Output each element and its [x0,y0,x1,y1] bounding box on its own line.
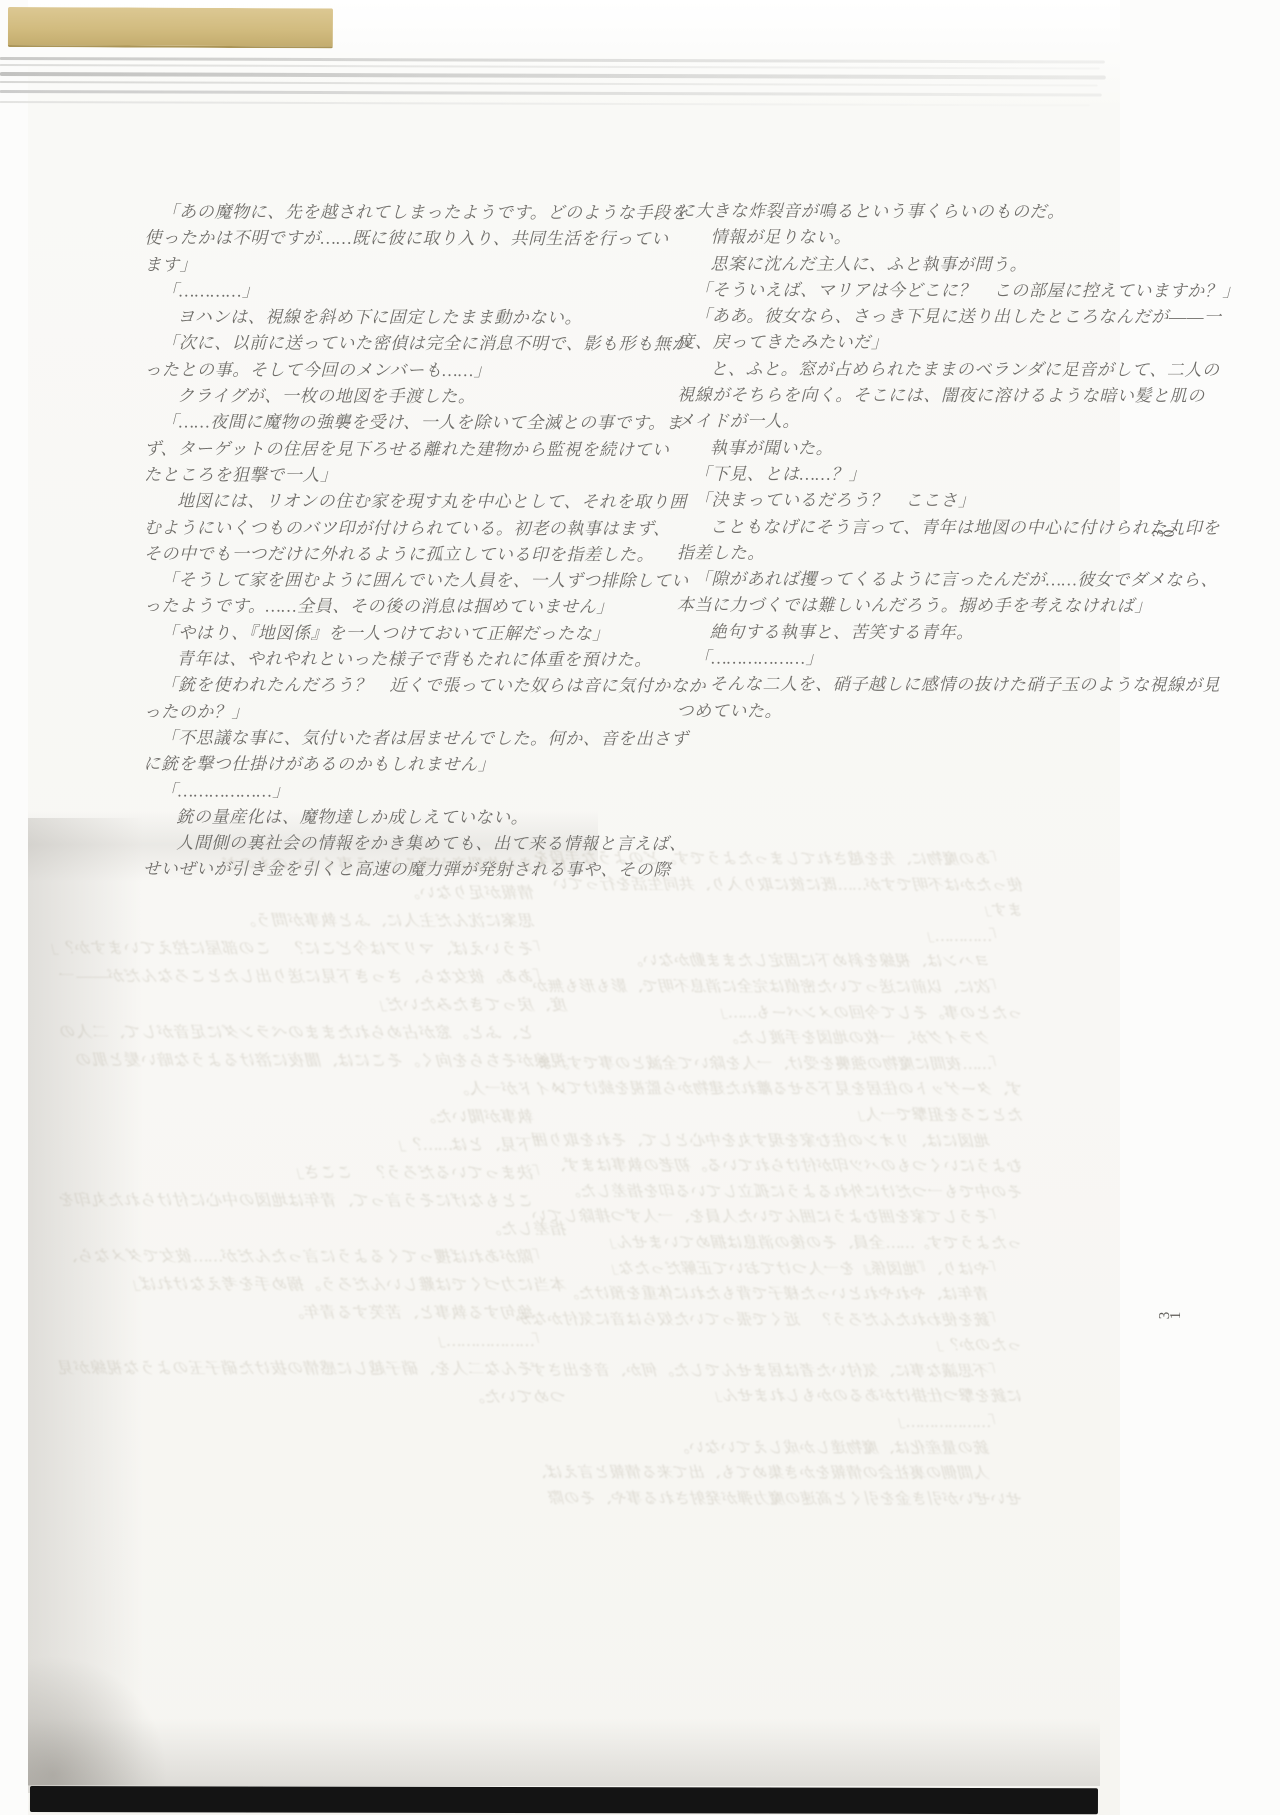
page-number-31: 31 [1160,1305,1181,1322]
text-line: ったようです。……全員、その後の消息は掴めていません」 [144,594,684,621]
text-line: メイドが一人。 [148,1075,568,1104]
text-line: 「不思議な事に、気付いた者は居ませんでした。何か、音を出さず [143,725,683,752]
text-line: 「下見、とは……？」 [148,1131,568,1160]
text-line: 「銃を使われたんだろう？ 近くで張っていた奴らは音に気付かなか [585,1307,1023,1334]
text-line: つめていた。 [147,1383,567,1412]
text-line: 視線がそちらを向く。そこには、闇夜に溶けるような暗い髪と肌の [677,382,1125,409]
column-left: 「あの魔物に、先を越されてしまったようです。どのような手段を使ったかは不明ですが… [143,199,684,884]
text-line: 本当に力づくでは難しいんだろう。搦め手を考えなければ」 [677,593,1125,620]
text-line: 「あの魔物に、先を越されてしまったようです。どのような手段を [145,199,685,226]
text-line: に銃を撃つ仕掛けがあるのかもしれません」 [585,1384,1023,1411]
text-line: 「次に、以前に送っていた密偵は完全に消息不明で、影も形も無か [144,331,684,358]
text-line: 「………………」 [677,645,1125,672]
text-line: ず、ターゲットの住居を見下ろせる離れた建物から監視を続けてい [586,1077,1024,1104]
showthrough-text-left: に大きな炸裂音が鳴るという事くらいのものだ。情報が足りない。思案に沈んだ主人に、… [147,851,568,1412]
text-line: 執事が聞いた。 [677,435,1125,462]
text-line: 「……夜間に魔物の強襲を受け、一人を除いて全滅との事です。ま [586,1051,1024,1078]
text-line: に大きな炸裂音が鳴るという事くらいのものだ。 [678,198,1126,225]
text-line: 指差した。 [147,1215,567,1244]
text-line: 「そうして家を囲むように囲んでいた人員を、一人ずつ排除してい [585,1205,1023,1232]
text-line: 「決まっているだろう？ ここさ」 [148,1159,568,1188]
page-number-digit: 1 [1167,1309,1184,1320]
text-line: 度、戻ってきたみたいだ」 [677,330,1125,357]
text-line: 銃の量産化は、魔物達しか成しえていない。 [585,1435,1023,1462]
text-line: ったのか？」 [143,699,683,726]
text-line: 青年は、やれやれといった様子で背もたれに体重を預けた。 [585,1281,1023,1308]
text-line: 「隙があれば攫ってくるように言ったんだが……彼女でダメなら、 [147,1243,567,1272]
text-line: 「そういえば、マリアは今どこに？ この部屋に控えていますか？」 [148,935,568,964]
text-line: 「………………」 [143,778,683,805]
text-line: クライグが、一枚の地図を手渡した。 [586,1025,1024,1052]
text-line: と、ふと。窓が占められたままのベランダに足音がして、二人の [148,1019,568,1048]
text-line: に銃を撃つ仕掛けがあるのかもしれません」 [143,752,683,779]
text-line: クライグが、一枚の地図を手渡した。 [144,383,684,410]
text-line: 「やはり、『地図係』を一人つけておいて正解だったな」 [144,620,684,647]
text-line: 絶句する執事と、苦笑する青年。 [147,1299,567,1328]
text-line: 「…………」 [144,278,684,305]
text-line: 思案に沈んだ主人に、ふと執事が問う。 [677,251,1125,278]
text-line: 本当に力づくでは難しいんだろう。搦め手を考えなければ」 [147,1271,567,1300]
text-line: その中でも一つだけに外れるように孤立している印を指差した。 [585,1179,1023,1206]
text-line: ったようです。……全員、その後の消息は掴めていません」 [585,1230,1023,1257]
text-line: ったとの事。そして今回のメンバーも……」 [586,1000,1024,1027]
page-number-30: 30 [1154,523,1175,540]
text-line: 情報が足りない。 [148,879,568,908]
text-line: 「ああ。彼女なら、さっき下見に送り出したところなんだが――一 [677,304,1125,331]
text-line: その中でも一つだけに外れるように孤立している印を指差した。 [144,541,684,568]
text-line: 度、戻ってきたみたいだ」 [148,991,568,1020]
text-line: 使ったかは不明ですが……既に彼に取り入り、共同生活を行ってい [144,226,684,253]
text-line: 指差した。 [677,540,1125,567]
text-line: 「あの魔物に、先を越されてしまったようです。どのような手段を [586,846,1024,873]
text-line: そんな二人を、硝子越しに感情の抜けた硝子玉のような視線が見 [677,672,1125,699]
text-line: 「そうして家を囲むように囲んでいた人員を、一人ずつ排除してい [144,567,684,594]
text-line: 「下見、とは……？」 [677,461,1125,488]
text-line: 「次に、以前に送っていた密偵は完全に消息不明で、影も形も無か [586,974,1024,1001]
text-line: つめていた。 [676,698,1124,725]
text-line: 思案に沈んだ主人に、ふと執事が問う。 [148,907,568,936]
text-line: 「やはり、『地図係』を一人つけておいて正解だったな」 [585,1256,1023,1283]
text-line: 視線がそちらを向く。そこには、闇夜に溶けるような暗い髪と肌の [148,1047,568,1076]
text-line: たところを狙撃で一人」 [144,462,684,489]
text-line: 「………………」 [585,1409,1023,1436]
text-line: 使ったかは不明ですが……既に彼に取り入り、共同生活を行ってい [586,872,1024,899]
text-line: ず、ターゲットの住居を見下ろせる離れた建物から監視を続けてい [144,436,684,463]
text-line: と、ふと。窓が占められたままのベランダに足音がして、二人の [677,356,1125,383]
page-number-digit: 0 [1161,527,1178,538]
text-line: 「……夜間に魔物の強襲を受け、一人を除いて全滅との事です。ま [144,410,684,437]
text-line: ったのか？」 [585,1333,1023,1360]
text-line: 「そういえば、マリアは今どこに？ この部屋に控えていますか？」 [677,277,1125,304]
text-line: ヨハンは、視線を斜め下に固定したまま動かない。 [144,304,684,331]
text-line: 地図には、リオンの住む家を現す丸を中心として、それを取り囲 [586,1128,1024,1155]
text-line: ます」 [586,897,1024,924]
text-line: に大きな炸裂音が鳴るという事くらいのものだ。 [148,851,568,880]
text-line: せいぜいが引き金を引くと高速の魔力弾が発射される事や、その際 [585,1486,1023,1513]
text-line: そんな二人を、硝子越しに感情の抜けた硝子玉のような視線が見 [147,1355,567,1384]
text-line: 執事が聞いた。 [148,1103,568,1132]
text-line: 「………………」 [147,1327,567,1356]
text-line: 「銃を使われたんだろう？ 近くで張っていた奴らは音に気付かなか [144,673,684,700]
text-line: こともなげにそう言って、青年は地図の中心に付けられた丸印を [147,1187,567,1216]
text-line: 地図には、リオンの住む家を現す丸を中心として、それを取り囲 [144,489,684,516]
text-line: 「決まっているだろう？ ここさ」 [677,488,1125,515]
text-line: 青年は、やれやれといった様子で背もたれに体重を預けた。 [144,646,684,673]
text-line: ます」 [144,252,684,279]
text-line: 「ああ。彼女なら、さっき下見に送り出したところなんだが――一 [148,963,568,992]
text-line: 銃の量産化は、魔物達しか成しえていない。 [143,804,683,831]
text-line: 情報が足りない。 [677,225,1125,252]
text-line: 「…………」 [586,923,1024,950]
text-line: たところを狙撃で一人」 [586,1102,1024,1129]
text-line: むようにいくつものバツ印が付けられている。初老の執事はまず、 [586,1153,1024,1180]
showthrough-text-right: 「あの魔物に、先を越されてしまったようです。どのような手段を使ったかは不明ですが… [585,846,1024,1512]
text-line: 「隙があれば攫ってくるように言ったんだが……彼女でダメなら、 [677,567,1125,594]
text-line: 絶句する執事と、苦笑する青年。 [677,619,1125,646]
text-line: 「不思議な事に、気付いた者は居ませんでした。何か、音を出さず [585,1358,1023,1385]
text-line: 人間側の裏社会の情報をかき集めても、出て来る情報と言えば、 [585,1460,1023,1487]
scanner-black-strip [30,1786,1098,1814]
text-line: ったとの事。そして今回のメンバーも……」 [144,357,684,384]
text-line: ヨハンは、視線を斜め下に固定したまま動かない。 [586,949,1024,976]
text-line: むようにいくつものバツ印が付けられている。初老の執事はまず、 [144,515,684,542]
column-right: に大きな炸裂音が鳴るという事くらいのものだ。情報が足りない。思案に沈んだ主人に、… [676,198,1125,725]
text-line: メイドが一人。 [677,409,1125,436]
text-line: こともなげにそう言って、青年は地図の中心に付けられた丸印を [677,514,1125,541]
scanned-book-page: 「あの魔物に、先を越されてしまったようです。どのような手段を使ったかは不明ですが… [0,0,1280,1815]
printed-text-layer: 「あの魔物に、先を越されてしまったようです。どのような手段を使ったかは不明ですが… [0,0,1280,1815]
